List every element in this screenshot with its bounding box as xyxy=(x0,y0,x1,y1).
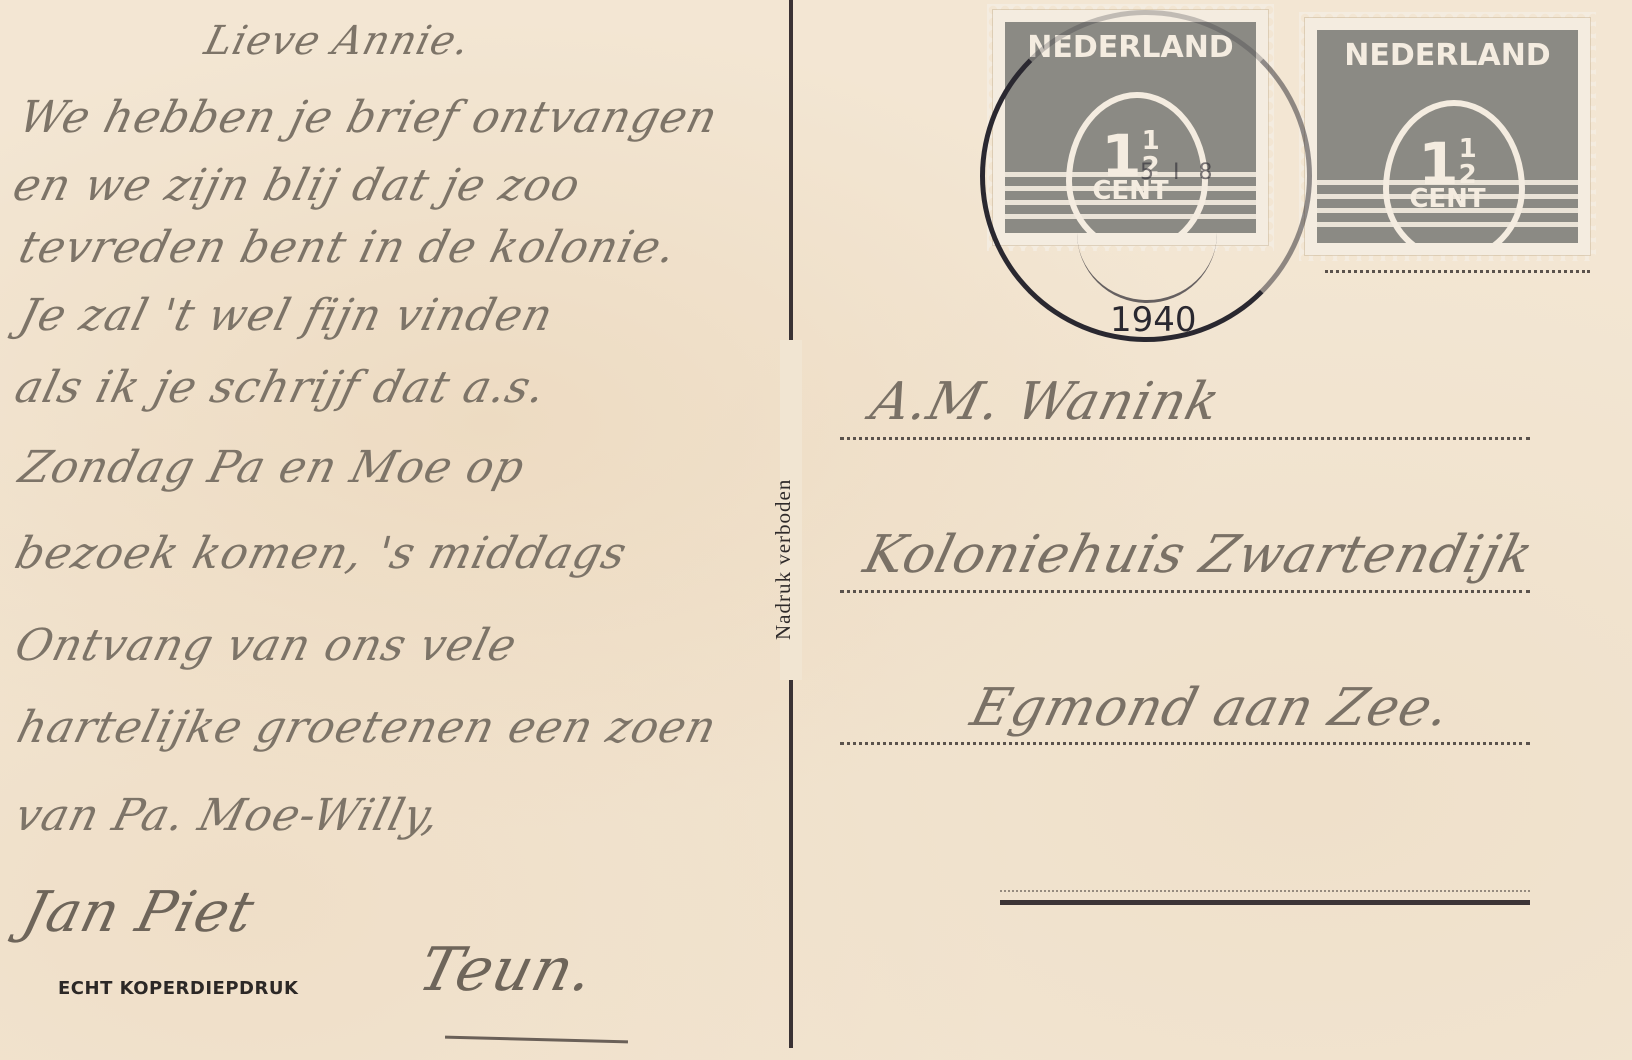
message-line-5: als ik je schrijf dat a.s. xyxy=(10,362,551,413)
stamp-unit: CENT xyxy=(1317,184,1578,214)
message-line-3: tevreden bent in de kolonie. xyxy=(14,222,682,273)
postmark-date: 5 I 8 xyxy=(1140,160,1218,185)
message-line-4: Je zal 't wel fijn vinden xyxy=(14,290,559,341)
signature-jan-piet: Jan Piet xyxy=(16,880,261,945)
signature-teun: Teun. xyxy=(412,935,602,1005)
divider-caption: Nadruk verboden xyxy=(771,479,796,640)
message-line-9: hartelijke groetenen een zoen xyxy=(12,702,722,753)
message-line-1: We hebben je brief ontvangen xyxy=(14,92,723,143)
postage-stamp-2: NEDERLAND 112 CENT xyxy=(1305,18,1590,255)
message-line-2: en we zijn blij dat je zoo xyxy=(8,160,586,211)
message-line-7: bezoek komen, 's middags xyxy=(10,528,632,579)
message-line-10: van Pa. Moe-Willy, xyxy=(10,790,446,841)
address-solid-line xyxy=(1000,900,1530,905)
message-line-8: Ontvang van ons vele xyxy=(10,620,522,671)
address-dotted-line-0 xyxy=(1325,270,1590,273)
stamp-country: NEDERLAND xyxy=(1317,38,1578,73)
message-line-6: Zondag Pa en Moe op xyxy=(14,442,530,493)
address-dotted-line-2 xyxy=(840,590,1530,593)
address-dotted-line-3 xyxy=(840,742,1530,745)
postmark-year: 1940 xyxy=(1110,300,1197,340)
address-dotted-line-4 xyxy=(1000,890,1530,892)
address-city: Egmond aan Zee. xyxy=(965,678,1456,738)
address-dotted-line-1 xyxy=(840,437,1530,440)
message-salutation: Lieve Annie. xyxy=(200,18,475,64)
signature-underline xyxy=(445,1036,628,1044)
stamp-design: NEDERLAND 112 CENT xyxy=(1317,30,1578,243)
address-name: A.M. Wanink xyxy=(865,372,1226,432)
address-line-2: Koloniehuis Zwartendijk xyxy=(858,525,1540,585)
printer-mark: ECHT KOPERDIEPDRUK xyxy=(58,978,298,999)
